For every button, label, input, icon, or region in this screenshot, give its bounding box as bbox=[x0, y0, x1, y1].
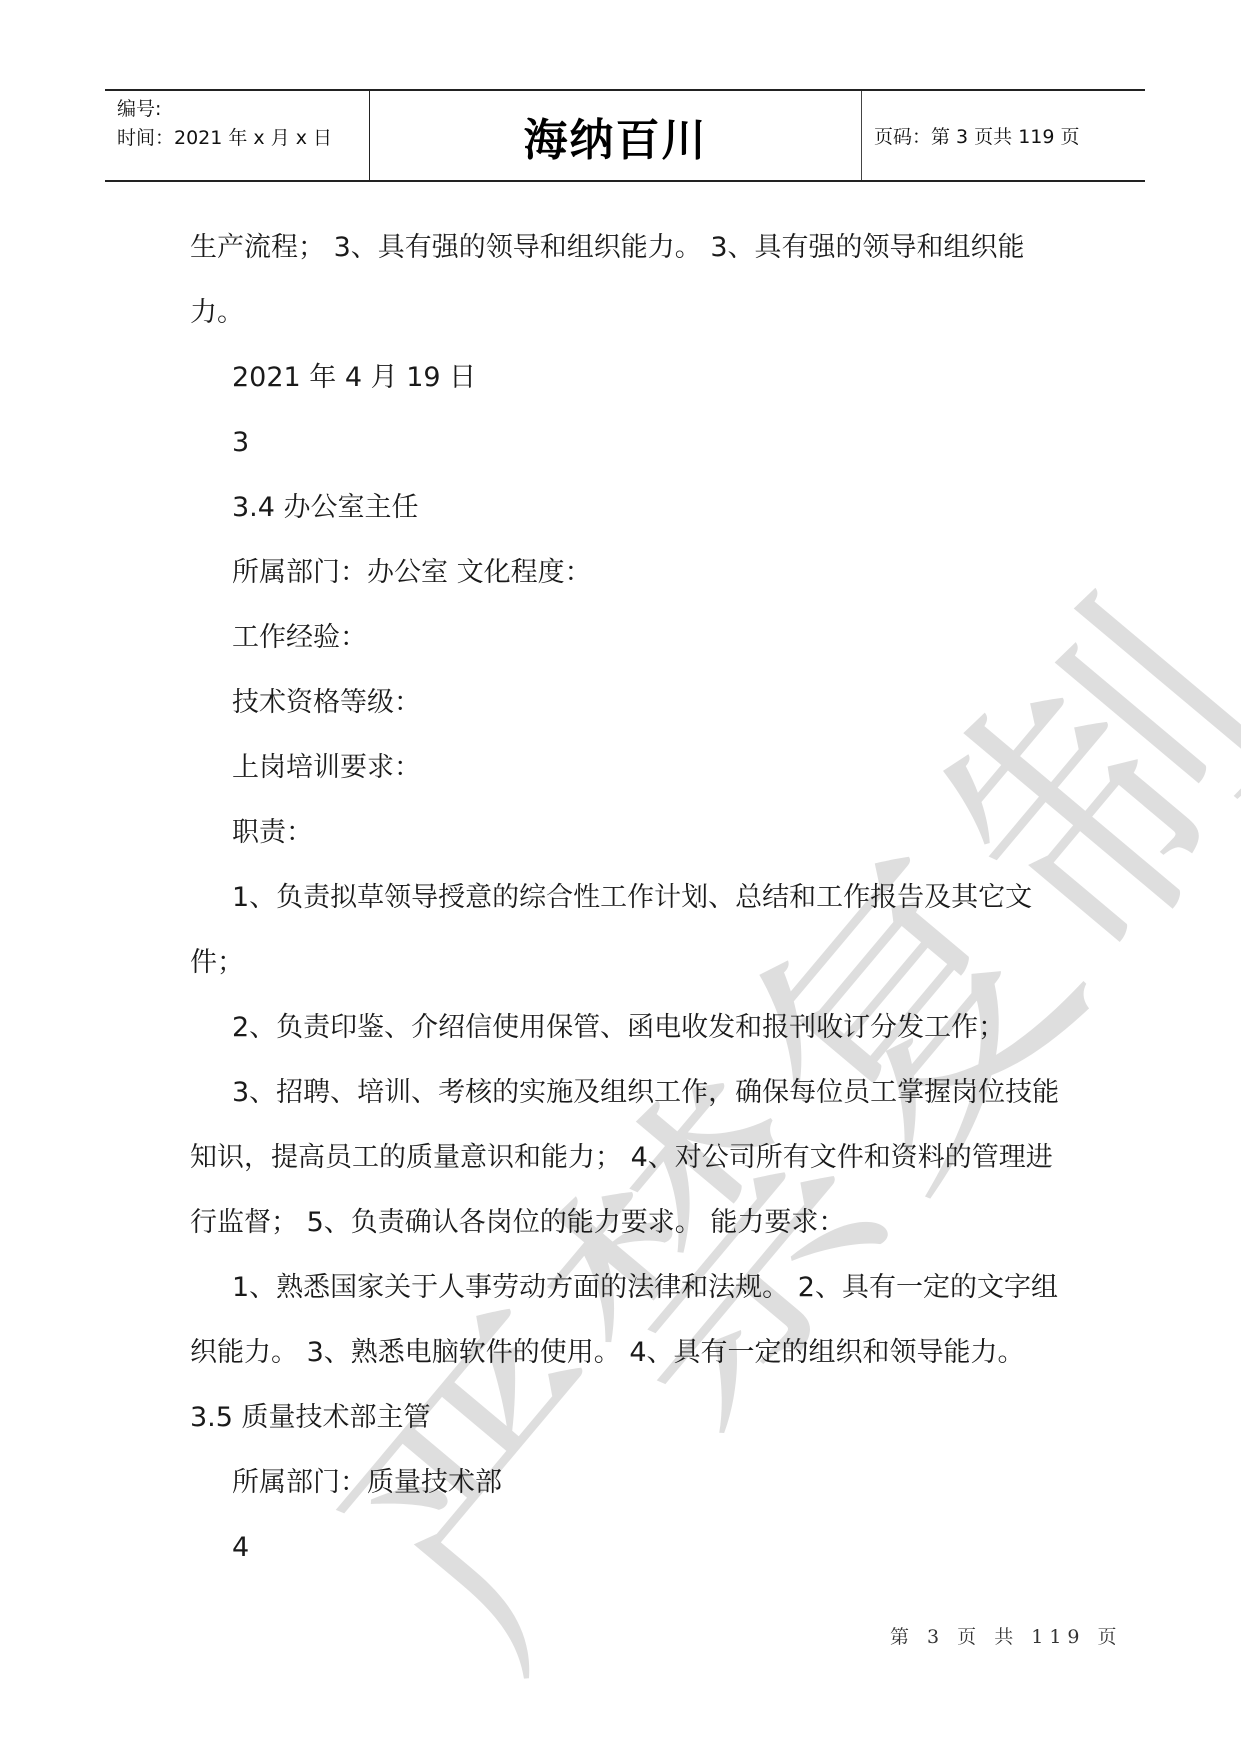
paragraph: 1、熟悉国家关于人事劳动方面的法律和法规。 2、具有一定的文字组织能力。 3、熟… bbox=[190, 1255, 1060, 1450]
paragraph: 1、负责拟草领导授意的综合性工作计划、总结和工作报告及其它文件； bbox=[190, 865, 1060, 995]
header-page-cell: 页码：第 3 页共 119 页 bbox=[862, 91, 1145, 180]
paragraph: 职责： bbox=[190, 800, 1060, 865]
paragraph-number: 4 bbox=[190, 1515, 1060, 1580]
paragraph: 技术资格等级： bbox=[190, 670, 1060, 735]
paragraph: 2、负责印鉴、介绍信使用保管、函电收发和报刊收订分发工作； bbox=[190, 995, 1060, 1060]
paragraph-number: 3 bbox=[190, 410, 1060, 475]
header-page-number: 页码：第 3 页共 119 页 bbox=[874, 122, 1080, 149]
paragraph: 工作经验： bbox=[190, 605, 1060, 670]
section-heading: 3.4 办公室主任 bbox=[190, 475, 1060, 540]
header-brand-cell: 海纳百川 bbox=[370, 91, 862, 180]
date-label: 时间：2021 年 x 月 x 日 bbox=[117, 124, 369, 153]
footer-page-number: 第 3 页 共 119 页 bbox=[890, 1622, 1123, 1649]
serial-number-label: 编号: bbox=[117, 95, 369, 124]
paragraph: 所属部门：办公室 文化程度： bbox=[190, 540, 1060, 605]
paragraph-date: 2021 年 4 月 19 日 bbox=[190, 345, 1060, 410]
paragraph: 所属部门：质量技术部 bbox=[190, 1450, 1060, 1515]
paragraph: 生产流程； 3、具有强的领导和组织能力。 3、具有强的领导和组织能力。 bbox=[190, 215, 1060, 345]
document-body: 生产流程； 3、具有强的领导和组织能力。 3、具有强的领导和组织能力。 2021… bbox=[190, 215, 1060, 1580]
header-meta-cell: 编号: 时间：2021 年 x 月 x 日 bbox=[105, 91, 370, 180]
brand-title: 海纳百川 bbox=[524, 104, 708, 168]
document-header: 编号: 时间：2021 年 x 月 x 日 海纳百川 页码：第 3 页共 119… bbox=[105, 89, 1145, 182]
paragraph: 上岗培训要求： bbox=[190, 735, 1060, 800]
paragraph: 3、招聘、培训、考核的实施及组织工作，确保每位员工掌握岗位技能知识，提高员工的质… bbox=[190, 1060, 1060, 1255]
